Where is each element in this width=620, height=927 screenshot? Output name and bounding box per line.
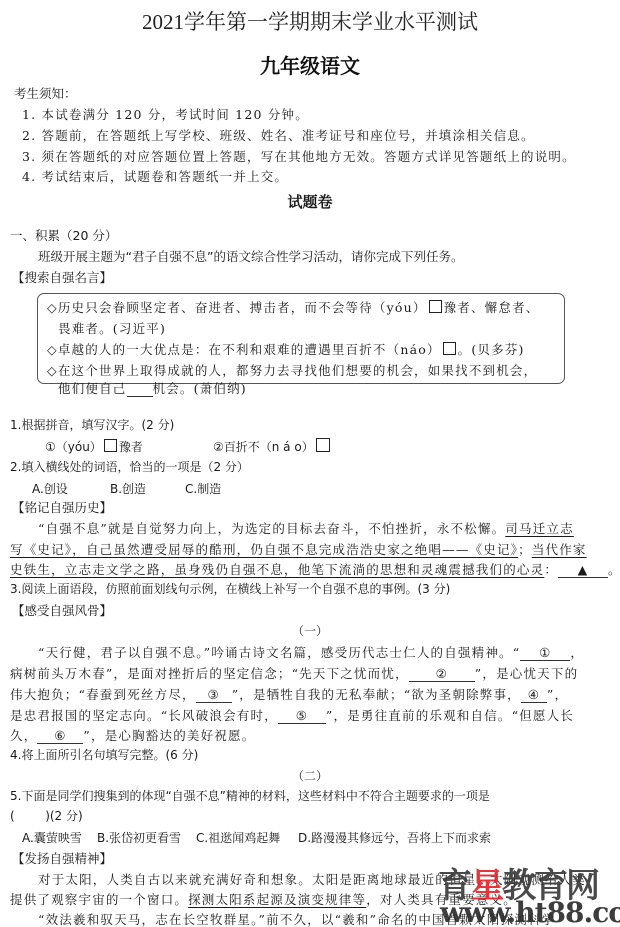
- history-line-1: “自强不息”就是自觉努力向上，为选定的目标去奋斗，不怕挫折，永不松懈。司马迁立志: [38, 519, 574, 537]
- poem-line-5: 久，⑥”，是心胸豁达的美好祝愿。: [10, 726, 255, 744]
- history-text: “自强不息”就是自觉努力向上，为选定的目标去奋斗，不怕挫折，永不松懈。: [38, 521, 505, 536]
- blank-square-icon: [443, 342, 456, 355]
- sub1-heading: 【搜索自强名言】: [12, 268, 112, 286]
- history-line-2: 写《史记》，自己虽然遭受屈辱的酷刑，仍自强不息完成浩浩史家之绝唱——《史记》；当…: [10, 540, 587, 558]
- section-title: 试题卷: [0, 191, 620, 212]
- answer-blank-3: ③: [196, 688, 232, 703]
- quote-3: ◇在这个世界上取得成就的人，都努力去寻找他们想要的机会，如果找不到机会，: [47, 361, 537, 379]
- question-5-answer-slot: ( )(2 分): [10, 807, 83, 824]
- blank-square-icon: [316, 438, 330, 452]
- fill-blank: [127, 382, 153, 397]
- sub4-heading: 【发扬自强精神】: [12, 849, 112, 867]
- history-example-underlined: 史铁生，立志走文学之路，虽身残仍自强不息，他笔下流淌的思想和灵魂震撼我们的心灵: [10, 562, 544, 577]
- blank-square-icon: [429, 300, 442, 313]
- quote-1-text-end: 豫者、懈怠者、: [444, 300, 540, 315]
- part1-heading: 一、积累（20 分）: [10, 226, 117, 244]
- answer-blank-4: ④: [521, 688, 547, 703]
- sun-text: 提供了观察宇宙的一个窗口。: [10, 892, 188, 907]
- notice-heading: 考生须知：: [14, 84, 77, 102]
- poem-text: 病树前头万木春”，是面对挫折后的坚定信念；“先天下之忧而忧，: [10, 666, 409, 681]
- sub3-heading: 【感受自强风骨】: [12, 601, 112, 619]
- poem-text: ，: [570, 645, 584, 660]
- poem-text: ”，是心忧天下的: [475, 666, 579, 681]
- history-example-underlined: 司马迁立志: [505, 521, 574, 536]
- poem-line-3: 伟大抱负；“春蚕到死丝方尽，③”，是牺牲自我的无私奉献；“欲为圣朝除弊事，④”，: [10, 685, 568, 703]
- question-1-stem: 1.根据拼音，填写汉字。(2 分): [10, 416, 174, 433]
- quote-1-cont: 畏难者。(习近平): [58, 319, 166, 337]
- answer-blank: ▲: [558, 563, 608, 578]
- poem-text: 久，: [10, 728, 37, 743]
- question-5-stem: 5.下面是同学们搜集到的体现“自强不息”精神的材料，这些材料中不符合主题要求的一…: [10, 787, 490, 804]
- question-1-item-a: ①（yóu）豫者: [45, 438, 143, 455]
- poem-text: ”，是勇往直前的乐观和自信。“但愿人长: [326, 708, 574, 723]
- quote-2: ◇卓越的人的一大优点是：在不利和艰难的遭遇里百折不（náo）。(贝多芬): [47, 340, 525, 358]
- history-punct: ；: [518, 542, 532, 557]
- poem-text: “天行健，君子以自强不息。”吟诵古诗文名篇，感受历代志士仁人的自强精神。“: [38, 645, 520, 660]
- q1-item-a-pinyin: ①（yóu）: [45, 440, 102, 454]
- part-one-label: （一）: [0, 622, 620, 639]
- answer-blank-5: ⑤: [278, 709, 326, 724]
- poem-text: ”，: [547, 687, 568, 702]
- notice-item-4: 4. 考试结束后，试题卷和答题纸一并上交。: [22, 167, 288, 185]
- q1-item-a-word: 豫者: [119, 440, 143, 454]
- quote-2-text-end: 。(贝多芬): [458, 342, 525, 357]
- quote-1: ◇历史只会眷顾坚定者、奋进者、搏击者，而不会等待（yóu）豫者、懈怠者、: [47, 298, 539, 316]
- poem-text: ”，是牺牲自我的无私奉献；“欲为圣朝除弊事，: [232, 687, 521, 702]
- answer-blank-1: ①: [520, 646, 570, 661]
- q2-option-b[interactable]: B.创造: [110, 480, 146, 497]
- history-example-underlined: 当代作家: [532, 542, 587, 557]
- q5-option-a[interactable]: A.囊萤映雪: [22, 829, 82, 846]
- q5-option-c[interactable]: C.祖逖闻鸡起舞: [196, 829, 280, 846]
- blank-square-icon: [104, 439, 117, 452]
- watermark-url: www.ht88.com: [440, 896, 620, 927]
- q1-item-b-pinyin: ②百折不（n á o）: [213, 440, 314, 454]
- answer-blank-6: ⑥: [37, 729, 83, 744]
- sun-underlined: 探测太阳系起源及演变规律等: [188, 892, 366, 907]
- notice-item-2: 2. 答题前，在答题纸上写学校、班级、姓名、准考证号和座位号，并填涂相关信息。: [22, 126, 535, 144]
- triangle-icon: ▲: [578, 562, 589, 577]
- notice-item-3: 3. 须在答题纸的对应答题位置上答题，写在其他地方无效。答题方式详见答题纸上的说…: [22, 147, 576, 165]
- question-4-stem: 4.将上面所引名句填写完整。(6 分): [10, 746, 198, 763]
- sub2-heading: 【铭记自强历史】: [12, 498, 112, 516]
- history-punct: ：: [544, 562, 558, 577]
- poem-line-2: 病树前头万木春”，是面对挫折后的坚定信念；“先天下之忧而忧，②”，是心忧天下的: [10, 664, 578, 682]
- watermark: 育星教育网 www.ht88.com: [438, 858, 620, 927]
- history-line-3: 史铁生，立志走文学之路，虽身残仍自强不息，他笔下流淌的思想和灵魂震撼我们的心灵：…: [10, 560, 620, 578]
- poem-line-4: 是忠君报国的坚定志向。“长风破浪会有时，⑤”，是勇往直前的乐观和自信。“但愿人长: [10, 706, 574, 724]
- q5-option-d[interactable]: D.路漫漫其修远兮，吾将上下而求索: [298, 829, 491, 846]
- part-two-label: （二）: [0, 767, 620, 784]
- quote-3-cont: 他们便自己 机会。(萧伯纳): [58, 379, 247, 397]
- question-2-stem: 2.填入横线处的词语，恰当的一项是（2 分）: [10, 458, 249, 475]
- history-end: 。: [608, 562, 620, 577]
- notice-item-1: 1. 本试卷满分 120 分，考试时间 120 分钟。: [22, 105, 309, 123]
- poem-text: 伟大抱负；“春蚕到死丝方尽，: [10, 687, 196, 702]
- answer-blank-2: ②: [409, 667, 475, 682]
- quote-3-text: 他们便自己: [58, 381, 127, 396]
- poem-text: ”，是心胸豁达的美好祝愿。: [83, 728, 255, 743]
- exam-title: 2021学年第一学期期末学业水平测试: [0, 6, 620, 36]
- q5-option-b[interactable]: B.张岱初更看雪: [97, 829, 181, 846]
- question-1-item-b: ②百折不（n á o）: [213, 438, 332, 455]
- poem-text: 是忠君报国的坚定志向。“长风破浪会有时，: [10, 708, 278, 723]
- q2-option-c[interactable]: C.制造: [185, 480, 221, 497]
- history-example-underlined: 写《史记》，自己虽然遭受屈辱的酷刑，仍自强不息完成浩浩史家之绝唱——《史记》: [10, 542, 518, 557]
- quote-2-text: ◇卓越的人的一大优点是：在不利和艰难的遭遇里百折不（náo）: [47, 342, 441, 357]
- part1-intro: 班级开展主题为“君子自强不息”的语文综合性学习活动，请你完成下列任务。: [38, 247, 463, 265]
- q2-option-a[interactable]: A.创设: [32, 480, 68, 497]
- question-3-stem: 3.阅读上面语段，仿照前面划线句示例，在横线上补写一个自强不息的事例。(3 分): [10, 580, 450, 597]
- poem-line-1: “天行健，君子以自强不息。”吟诵古诗文名篇，感受历代志士仁人的自强精神。“①，: [38, 643, 584, 661]
- quote-1-text: ◇历史只会眷顾坚定者、奋进者、搏击者，而不会等待（yóu）: [47, 300, 427, 315]
- quote-3-text-end: 机会。(萧伯纳): [153, 381, 247, 396]
- exam-subtitle: 九年级语文: [0, 50, 620, 79]
